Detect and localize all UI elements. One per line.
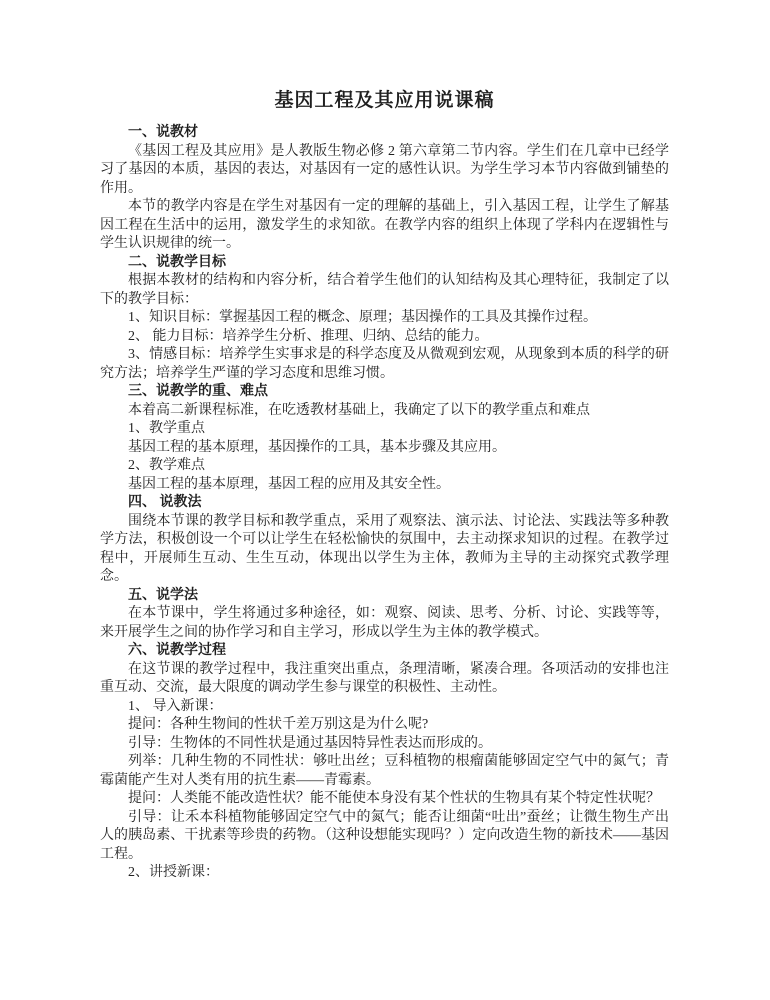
paragraph: 引导：生物体的不同性状是通过基因特异性表达而形成的。 [100, 735, 669, 754]
paragraph: 根据本教材的结构和内容分析，结合着学生他们的认知结构及其心理特征，我制定了以下的… [100, 272, 669, 309]
paragraph: 《基因工程及其应用》是人教版生物必修 2 第六章第二节内容。学生们在几章中已经学… [100, 143, 669, 199]
paragraph: 本着高二新课程标准，在吃透教材基础上，我确定了以下的教学重点和难点 [100, 402, 669, 421]
section-heading: 一、说教材 [100, 124, 669, 143]
section-heading: 三、说教学的重、难点 [100, 383, 669, 402]
section-heading: 六、说教学过程 [100, 642, 669, 661]
section-heading: 四、 说教法 [100, 494, 669, 513]
paragraph: 围绕本节课的教学目标和教学重点，采用了观察法、演示法、讨论法、实践法等多种教学方… [100, 513, 669, 587]
paragraph: 列举：几种生物的不同性状：够吐出丝；豆科植物的根瘤菌能够固定空气中的氮气；青霉菌… [100, 753, 669, 790]
paragraph: 2、教学难点 [100, 457, 669, 476]
paragraph: 2、 能力目标：培养学生分析、推理、归纳、总结的能力。 [100, 328, 669, 347]
paragraph: 基因工程的基本原理，基因操作的工具，基本步骤及其应用。 [100, 439, 669, 458]
paragraph: 引导：让禾本科植物能够固定空气中的氮气；能否让细菌“吐出”蚕丝；让微生物生产出人… [100, 809, 669, 865]
paragraph: 1、 导入新课： [100, 698, 669, 717]
paragraph: 在本节课中，学生将通过多种途径，如：观察、阅读、思考、分析、讨论、实践等等，来开… [100, 605, 669, 642]
section-heading: 二、说教学目标 [100, 254, 669, 273]
paragraph: 基因工程的基本原理，基因工程的应用及其安全性。 [100, 476, 669, 495]
paragraph: 提问：人类能不能改造性状？能不能使本身没有某个性状的生物具有某个特定性状呢？ [100, 790, 669, 809]
paragraph: 3、情感目标：培养学生实事求是的科学态度及从微观到宏观，从现象到本质的科学的研究… [100, 346, 669, 383]
document-content: 基因工程及其应用说课稿 一、说教材 《基因工程及其应用》是人教版生物必修 2 第… [0, 0, 770, 883]
paragraph: 1、知识目标：掌握基因工程的概念、原理；基因操作的工具及其操作过程。 [100, 309, 669, 328]
paragraph: 提问：各种生物间的性状千差万别这是为什么呢? [100, 716, 669, 735]
paragraph: 本节的教学内容是在学生对基因有一定的理解的基础上，引入基因工程，让学生了解基因工… [100, 198, 669, 254]
document-title: 基因工程及其应用说课稿 [100, 88, 669, 114]
paragraph: 在这节课的教学过程中，我注重突出重点，条理清晰，紧凑合理。各项活动的安排也注重互… [100, 661, 669, 698]
paragraph: 1、教学重点 [100, 420, 669, 439]
section-heading: 五、说学法 [100, 587, 669, 606]
paragraph: 2、讲授新课： [100, 864, 669, 883]
document-page: 基因工程及其应用说课稿 一、说教材 《基因工程及其应用》是人教版生物必修 2 第… [0, 0, 770, 1000]
